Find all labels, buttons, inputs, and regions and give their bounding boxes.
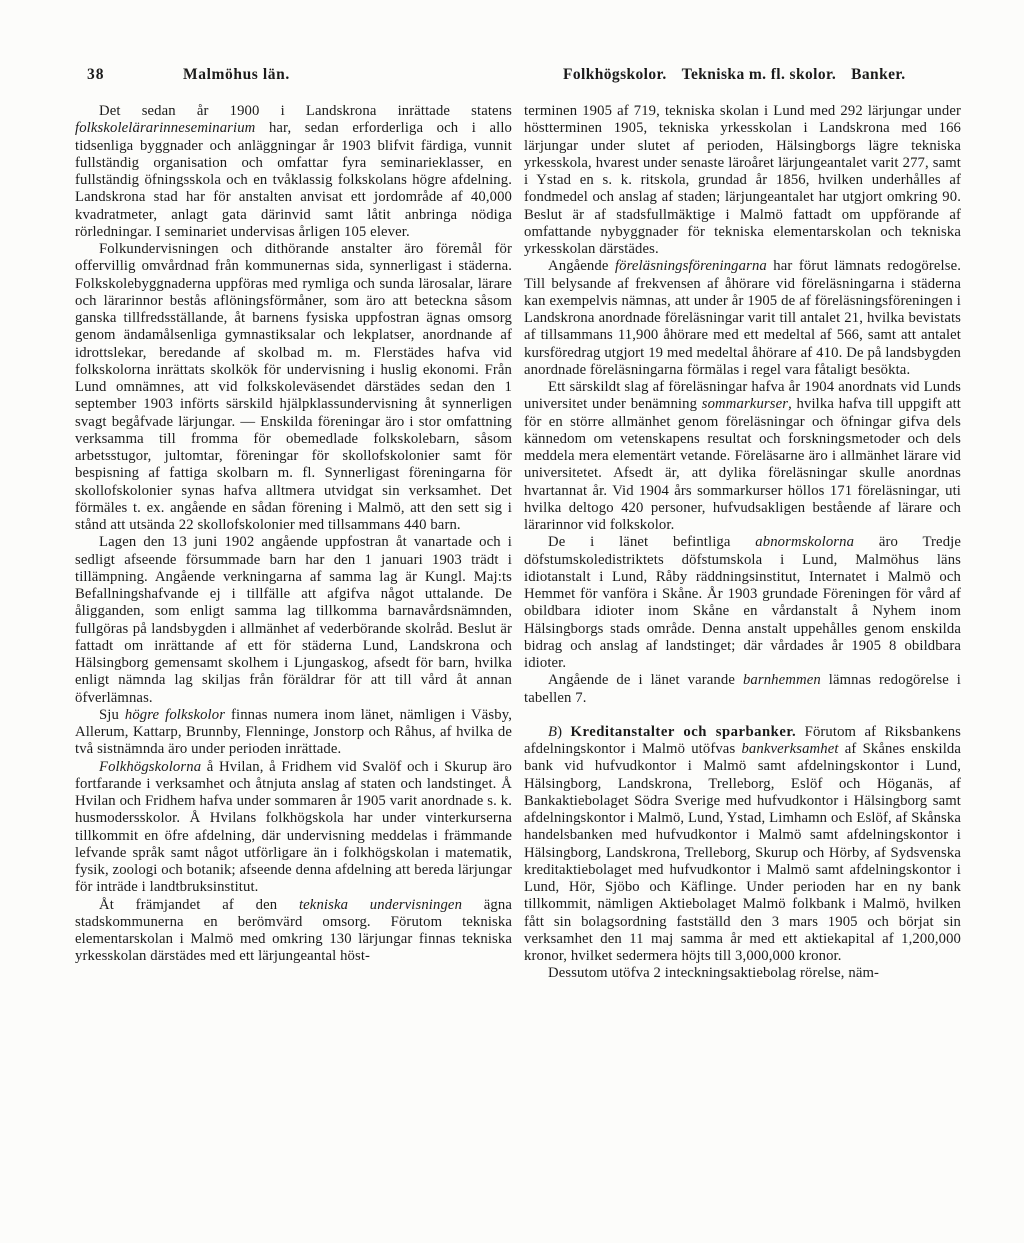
body-text: Det sedan år 1900 i Landskrona inrättade… [99, 103, 512, 119]
text-columns: Det sedan år 1900 i Landskrona inrättade… [75, 103, 961, 983]
body-text: ) [557, 724, 570, 740]
body-text: har, sedan erforderliga och i allo tidse… [75, 120, 512, 240]
body-text: äro Tredje döfstumskoledistriktets döfst… [524, 534, 961, 671]
italic-text: B [548, 724, 557, 740]
italic-text: föreläsningsföreningarna [615, 258, 767, 274]
paragraph: Lagen den 13 juni 1902 angående uppfostr… [75, 534, 512, 707]
running-title-county: Malmöhus län. [183, 66, 290, 84]
bold-heading-text: Kreditanstalter och sparbanker. [571, 724, 797, 740]
column-right: terminen 1905 af 719, tekniska skolan i … [524, 103, 961, 983]
body-text: , hvilka hafva till uppgift att för en s… [524, 396, 961, 533]
running-title-section: Tekniska m. fl. skolor. [682, 66, 837, 84]
running-title-section: Folkhögskolor. [563, 66, 667, 84]
paragraph: Ett särskildt slag af föreläsningar hafv… [524, 379, 961, 534]
paragraph: Angående de i länet varande barnhemmen l… [524, 672, 961, 707]
paragraph: Åt främjandet af den tekniska undervisni… [75, 897, 512, 966]
page-number: 38 [87, 66, 105, 84]
running-header: 38 Malmöhus län. Folkhögskolor. Tekniska… [75, 66, 961, 88]
paragraph: De i länet befintliga abnormskolorna äro… [524, 534, 961, 672]
italic-text: abnormskolorna [755, 534, 854, 550]
paragraph: Folkhögskolorna å Hvilan, å Fridhem vid … [75, 759, 512, 897]
italic-text: barnhemmen [743, 672, 821, 688]
body-text: har förut lämnats redogörelse. Till bely… [524, 258, 961, 378]
running-title-sections: Folkhögskolor. Tekniska m. fl. skolor. B… [563, 66, 906, 84]
italic-text: bankverksamhet [741, 741, 838, 757]
italic-text: sommarkurser [702, 396, 788, 412]
italic-text: Folkhögskolorna [99, 759, 201, 775]
paragraph: terminen 1905 af 719, tekniska skolan i … [524, 103, 961, 258]
body-text: Lagen den 13 juni 1902 angående uppfostr… [75, 534, 512, 705]
paragraph: Sju högre folkskolor finnas numera inom … [75, 707, 512, 759]
paragraph: Det sedan år 1900 i Landskrona inrättade… [75, 103, 512, 241]
body-text: Angående de i länet varande [548, 672, 743, 688]
body-text: å Hvilan, å Fridhem vid Svalöf och i Sku… [75, 759, 512, 896]
column-left: Det sedan år 1900 i Landskrona inrättade… [75, 103, 512, 983]
paragraph: Angående föreläsningsföreningarna har fö… [524, 258, 961, 379]
running-title-section: Banker. [851, 66, 905, 84]
body-text: Sju [99, 707, 125, 723]
body-text: Angående [548, 258, 615, 274]
body-text: af Skånes enskilda bank vid hufvudkontor… [524, 741, 961, 964]
body-text: Dessutom utöfva 2 inteckningsaktiebolag … [548, 965, 879, 981]
body-text: De i länet befintliga [548, 534, 755, 550]
body-text: terminen 1905 af 719, tekniska skolan i … [524, 103, 961, 257]
italic-text: tekniska undervisningen [299, 897, 462, 913]
document-page: 38 Malmöhus län. Folkhögskolor. Tekniska… [0, 0, 1024, 1243]
italic-text: folkskolelärarinneseminarium [75, 120, 255, 136]
paragraph: Dessutom utöfva 2 inteckningsaktiebolag … [524, 965, 961, 982]
body-text: Åt främjandet af den [99, 897, 299, 913]
paragraph: Folkundervisningen och dithörande anstal… [75, 241, 512, 534]
paragraph: B) Kreditanstalter och sparbanker. Förut… [524, 724, 961, 966]
body-text: Folkundervisningen och dithörande anstal… [75, 241, 512, 533]
italic-text: högre folkskolor [125, 707, 225, 723]
